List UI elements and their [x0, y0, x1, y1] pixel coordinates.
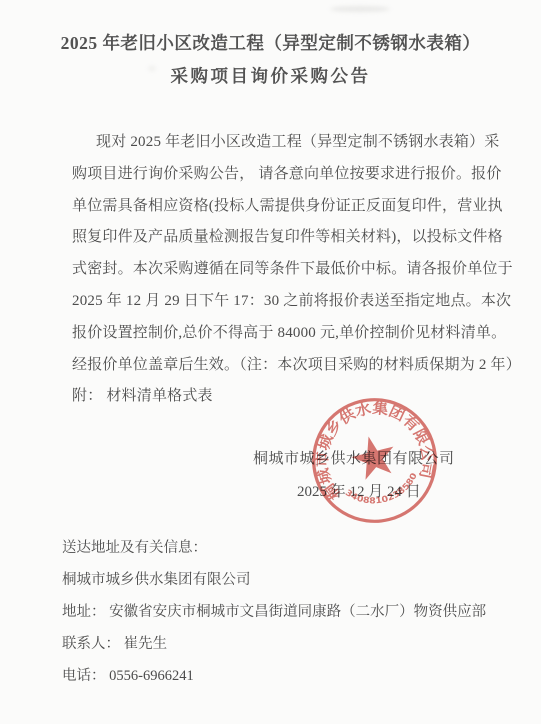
contact-info-block: 送达地址及有关信息： 桐城市城乡供水集团有限公司 地址： 安徽省安庆市桐城市文昌… — [62, 532, 486, 692]
signature-company-name: 桐城市城乡供水集团有限公司 — [253, 447, 455, 468]
body-line: 照复印件及产品质量检测报告复印件等相关材料)，以投标文件格 — [72, 222, 494, 254]
contact-phone: 电话： 0556-6966241 — [62, 660, 486, 692]
contact-header: 送达地址及有关信息： — [62, 532, 486, 564]
body-line: 单位需具备相应资格(投标人需提供身份证正反面复印件，营业执 — [72, 191, 494, 223]
signature-date: 2025 年 12 月 24 日 — [297, 480, 421, 501]
title-line-1: 2025 年老旧小区改造工程（异型定制不锈钢水表箱） — [0, 27, 541, 60]
announcement-body: 现对 2025 年老旧小区改造工程（异型定制不锈钢水表箱）采 购项目进行询价采购… — [72, 127, 494, 413]
title-line-2: 采购项目询价采购公告 — [0, 60, 541, 93]
body-line: 经报价单位盖章后生效。（注：本次项目采购的材料质保期为 2 年） — [72, 350, 494, 382]
body-line: 购项目进行询价采购公告， 请各意向单位按要求进行报价。报价 — [72, 159, 494, 191]
scan-artifact — [330, 6, 390, 12]
contact-person: 联系人： 崔先生 — [62, 628, 486, 660]
body-line: 式密封。本次采购遵循在同等条件下最低价中标。请各报价单位于 — [72, 254, 494, 286]
contact-address: 地址： 安徽省安庆市桐城市文昌街道同康路（二水厂）物资供应部 — [62, 596, 486, 628]
document-page: 2025 年老旧小区改造工程（异型定制不锈钢水表箱） 采购项目询价采购公告 现对… — [0, 0, 541, 724]
body-line: 现对 2025 年老旧小区改造工程（异型定制不锈钢水表箱）采 — [72, 127, 494, 159]
contact-company: 桐城市城乡供水集团有限公司 — [62, 564, 486, 596]
document-title: 2025 年老旧小区改造工程（异型定制不锈钢水表箱） 采购项目询价采购公告 — [0, 27, 541, 93]
body-line: 2025 年 12 月 29 日下午 17：30 之前将报价表送至指定地点。本次 — [72, 286, 494, 318]
attachment-note: 附： 材料清单格式表 — [72, 381, 494, 413]
body-line: 报价设置控制价,总价不得高于 84000 元,单价控制价见材料清单。 — [72, 318, 494, 350]
